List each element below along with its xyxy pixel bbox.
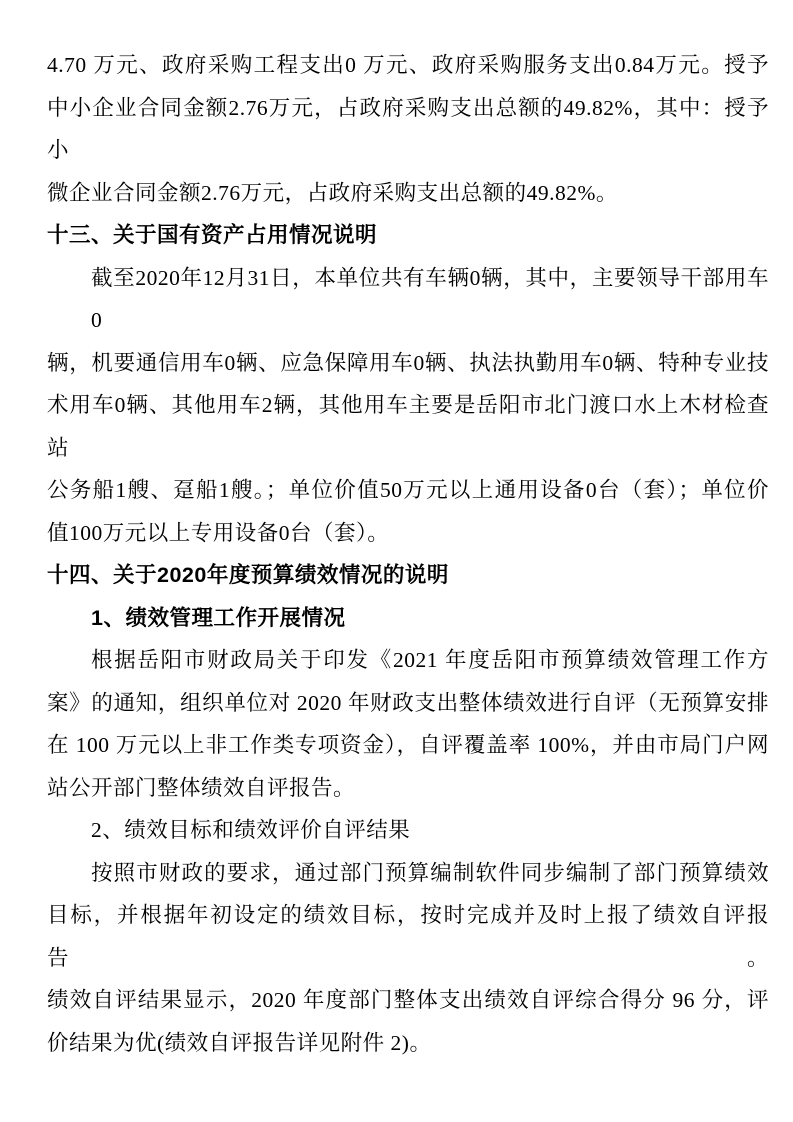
- para-government-procurement-continued: 4.70 万元、政府采购工程支出0 万元、政府采购服务支出0.84万元。授予中小…: [47, 44, 769, 214]
- document-page: 4.70 万元、政府采购工程支出0 万元、政府采购服务支出0.84万元。授予中小…: [0, 0, 793, 1122]
- para-government-procurement-continued-line-3: 微企业合同金额2.76万元，占政府采购支出总额的49.82%。: [47, 172, 769, 215]
- heading-section-14: 十四、关于2020年度预算绩效情况的说明: [47, 554, 769, 597]
- subheading-14-1: 1、绩效管理工作开展情况: [47, 597, 769, 640]
- para-state-assets-line-1: 截至2020年12月31日，本单位共有车辆0辆，其中，主要领导干部用车0: [47, 257, 769, 342]
- para-state-assets-line-5: 值100万元以上专用设备0台（套）。: [47, 512, 769, 555]
- para-performance-self-evaluation-line-3: 绩效自评结果显示，2020 年度部门整体支出绩效自评综合得分 96 分，评: [47, 979, 769, 1022]
- para-government-procurement-continued-line-2: 中小企业合同金额2.76万元，占政府采购支出总额的49.82%，其中：授予小: [47, 87, 769, 172]
- para-performance-management-line-4: 站公开部门整体绩效自评报告。: [47, 767, 769, 810]
- heading-section-13: 十三、关于国有资产占用情况说明: [47, 214, 769, 257]
- para-performance-management-line-2: 案》的通知，组织单位对 2020 年财政支出整体绩效进行自评（无预算安排: [47, 682, 769, 725]
- para-performance-management-line-1: 根据岳阳市财政局关于印发《2021 年度岳阳市预算绩效管理工作方: [47, 639, 769, 682]
- para-performance-management: 根据岳阳市财政局关于印发《2021 年度岳阳市预算绩效管理工作方案》的通知，组织…: [47, 639, 769, 809]
- para-state-assets: 截至2020年12月31日，本单位共有车辆0辆，其中，主要领导干部用车0辆，机要…: [47, 257, 769, 555]
- para-performance-self-evaluation-line-1: 按照市财政的要求，通过部门预算编制软件同步编制了部门预算绩效: [47, 852, 769, 895]
- subheading-14-2: 2、绩效目标和绩效评价自评结果: [47, 809, 769, 852]
- heading-section-13-line-1: 十三、关于国有资产占用情况说明: [47, 214, 769, 257]
- para-government-procurement-continued-line-1: 4.70 万元、政府采购工程支出0 万元、政府采购服务支出0.84万元。授予: [47, 44, 769, 87]
- para-state-assets-line-4: 公务船1艘、趸船1艘。；单位价值50万元以上通用设备0台（套）；单位价: [47, 469, 769, 512]
- para-performance-self-evaluation-line-2: 目标，并根据年初设定的绩效目标，按时完成并及时上报了绩效自评报告。: [47, 894, 769, 979]
- para-state-assets-line-2: 辆，机要通信用车0辆、应急保障用车0辆、执法执勤用车0辆、特种专业技: [47, 342, 769, 385]
- para-performance-self-evaluation: 按照市财政的要求，通过部门预算编制软件同步编制了部门预算绩效目标，并根据年初设定…: [47, 852, 769, 1065]
- heading-section-14-line-1: 十四、关于2020年度预算绩效情况的说明: [47, 554, 769, 597]
- para-performance-self-evaluation-line-4: 价结果为优(绩效自评报告详见附件 2)。: [47, 1022, 769, 1065]
- document-content: 4.70 万元、政府采购工程支出0 万元、政府采购服务支出0.84万元。授予中小…: [47, 44, 769, 1064]
- subheading-14-2-line-1: 2、绩效目标和绩效评价自评结果: [47, 809, 769, 852]
- para-performance-management-line-3: 在 100 万元以上非工作类专项资金），自评覆盖率 100%，并由市局门户网: [47, 724, 769, 767]
- para-state-assets-line-3: 术用车0辆、其他用车2辆，其他用车主要是岳阳市北门渡口水上木材检查站: [47, 384, 769, 469]
- subheading-14-1-line-1: 1、绩效管理工作开展情况: [47, 597, 769, 640]
